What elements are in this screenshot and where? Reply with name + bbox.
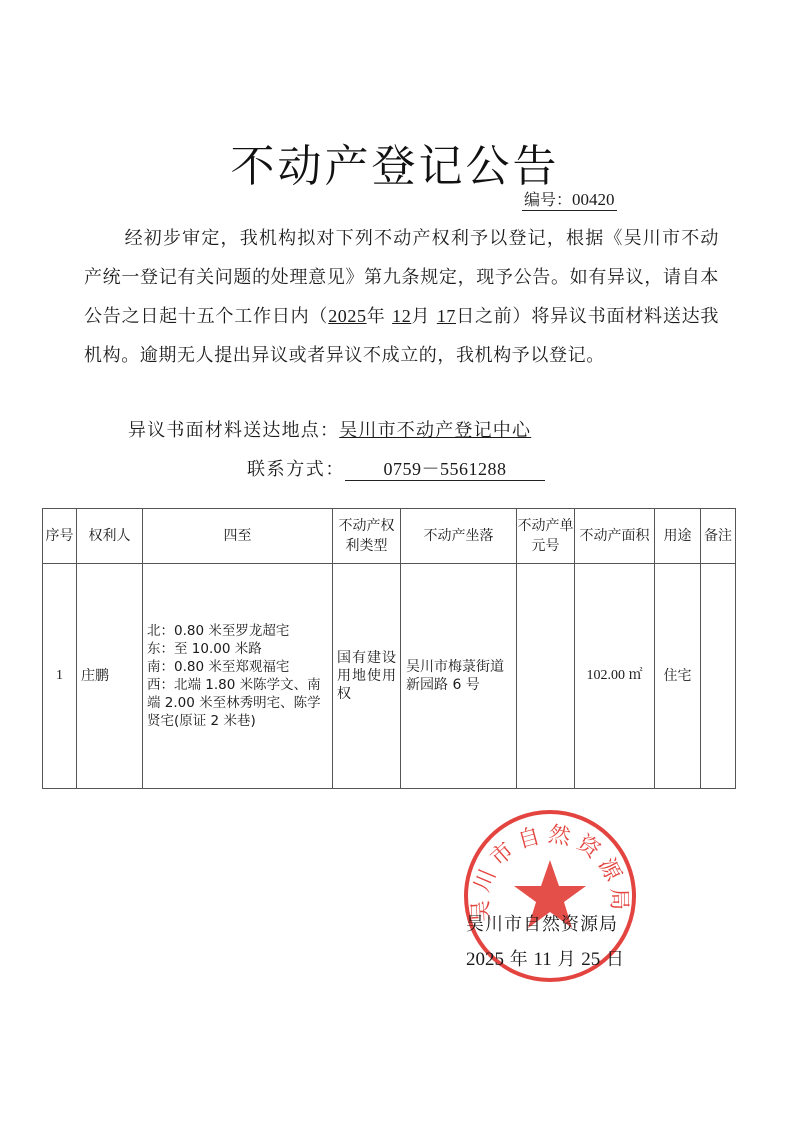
cell-unit-no xyxy=(517,564,575,789)
month-unit: 月 xyxy=(411,306,430,327)
boundary-east: 东：至 10.00 米路 xyxy=(147,640,330,658)
contact-info: 联系方式：0759－5561288 xyxy=(247,455,545,481)
cell-boundaries: 北：0.80 米至罗龙超宅 东：至 10.00 米路 南：0.80 米至郑观福宅… xyxy=(143,564,333,789)
issue-year-unit: 年 xyxy=(510,949,528,970)
document-number-label: 编号： xyxy=(524,190,572,209)
notice-body: 经初步审定，我机构拟对下列不动产权利予以登记，根据《吴川市不动产统一登记有关问题… xyxy=(84,220,719,375)
header-index: 序号 xyxy=(43,509,77,564)
objection-address: 异议书面材料送达地点：吴川市不动产登记中心 xyxy=(128,416,531,442)
header-area: 不动产面积 xyxy=(575,509,655,564)
header-location: 不动产坐落 xyxy=(401,509,517,564)
registration-table: 序号 权利人 四至 不动产权利类型 不动产坐落 不动产单元号 不动产面积 用途 … xyxy=(42,508,736,789)
header-unit-no: 不动产单元号 xyxy=(517,509,575,564)
header-right-holder: 权利人 xyxy=(77,509,143,564)
header-usage: 用途 xyxy=(655,509,701,564)
deadline-day: 17 xyxy=(437,306,456,326)
cell-index: 1 xyxy=(43,564,77,789)
issue-date: 2025 年 11 月 25 日 xyxy=(466,945,624,971)
issue-year: 2025 xyxy=(466,949,504,970)
header-boundaries: 四至 xyxy=(143,509,333,564)
issue-day-unit: 日 xyxy=(606,949,624,970)
boundary-south: 南：0.80 米至郑观福宅 xyxy=(147,658,330,676)
cell-right-holder: 庄鹏 xyxy=(77,564,143,789)
objection-address-value: 吴川市不动产登记中心 xyxy=(339,420,531,441)
header-remarks: 备注 xyxy=(701,509,736,564)
table-header-row: 序号 权利人 四至 不动产权利类型 不动产坐落 不动产单元号 不动产面积 用途 … xyxy=(43,509,736,564)
cell-area: 102.00 ㎡ xyxy=(575,564,655,789)
objection-address-label: 异议书面材料送达地点： xyxy=(128,420,339,441)
deadline-year: 2025 xyxy=(328,306,366,326)
contact-value: 0759－5561288 xyxy=(345,458,545,481)
year-unit: 年 xyxy=(367,306,386,327)
contact-label: 联系方式： xyxy=(247,459,345,480)
issue-month: 11 xyxy=(533,949,551,970)
cell-location: 吴川市梅菉街道新园路 6 号 xyxy=(401,564,517,789)
page-title: 不动产登记公告 xyxy=(0,130,790,194)
cell-remarks xyxy=(701,564,736,789)
boundary-west: 西：北端 1.80 米陈学文、南端 2.00 米至林秀明宅、陈学贤宅(原证 2 … xyxy=(147,676,330,730)
issuer-name: 吴川市自然资源局 xyxy=(466,910,618,936)
boundary-north: 北：0.80 米至罗龙超宅 xyxy=(147,622,330,640)
document-number: 编号：00420 xyxy=(522,190,617,211)
cell-right-type: 国有建设用地使用权 xyxy=(333,564,401,789)
cell-usage: 住宅 xyxy=(655,564,701,789)
header-right-type: 不动产权利类型 xyxy=(333,509,401,564)
table-row: 1 庄鹏 北：0.80 米至罗龙超宅 东：至 10.00 米路 南：0.80 米… xyxy=(43,564,736,789)
issue-day: 25 xyxy=(581,949,600,970)
deadline-month: 12 xyxy=(392,306,411,326)
document-number-value: 00420 xyxy=(572,190,615,209)
issue-month-unit: 月 xyxy=(558,949,576,970)
